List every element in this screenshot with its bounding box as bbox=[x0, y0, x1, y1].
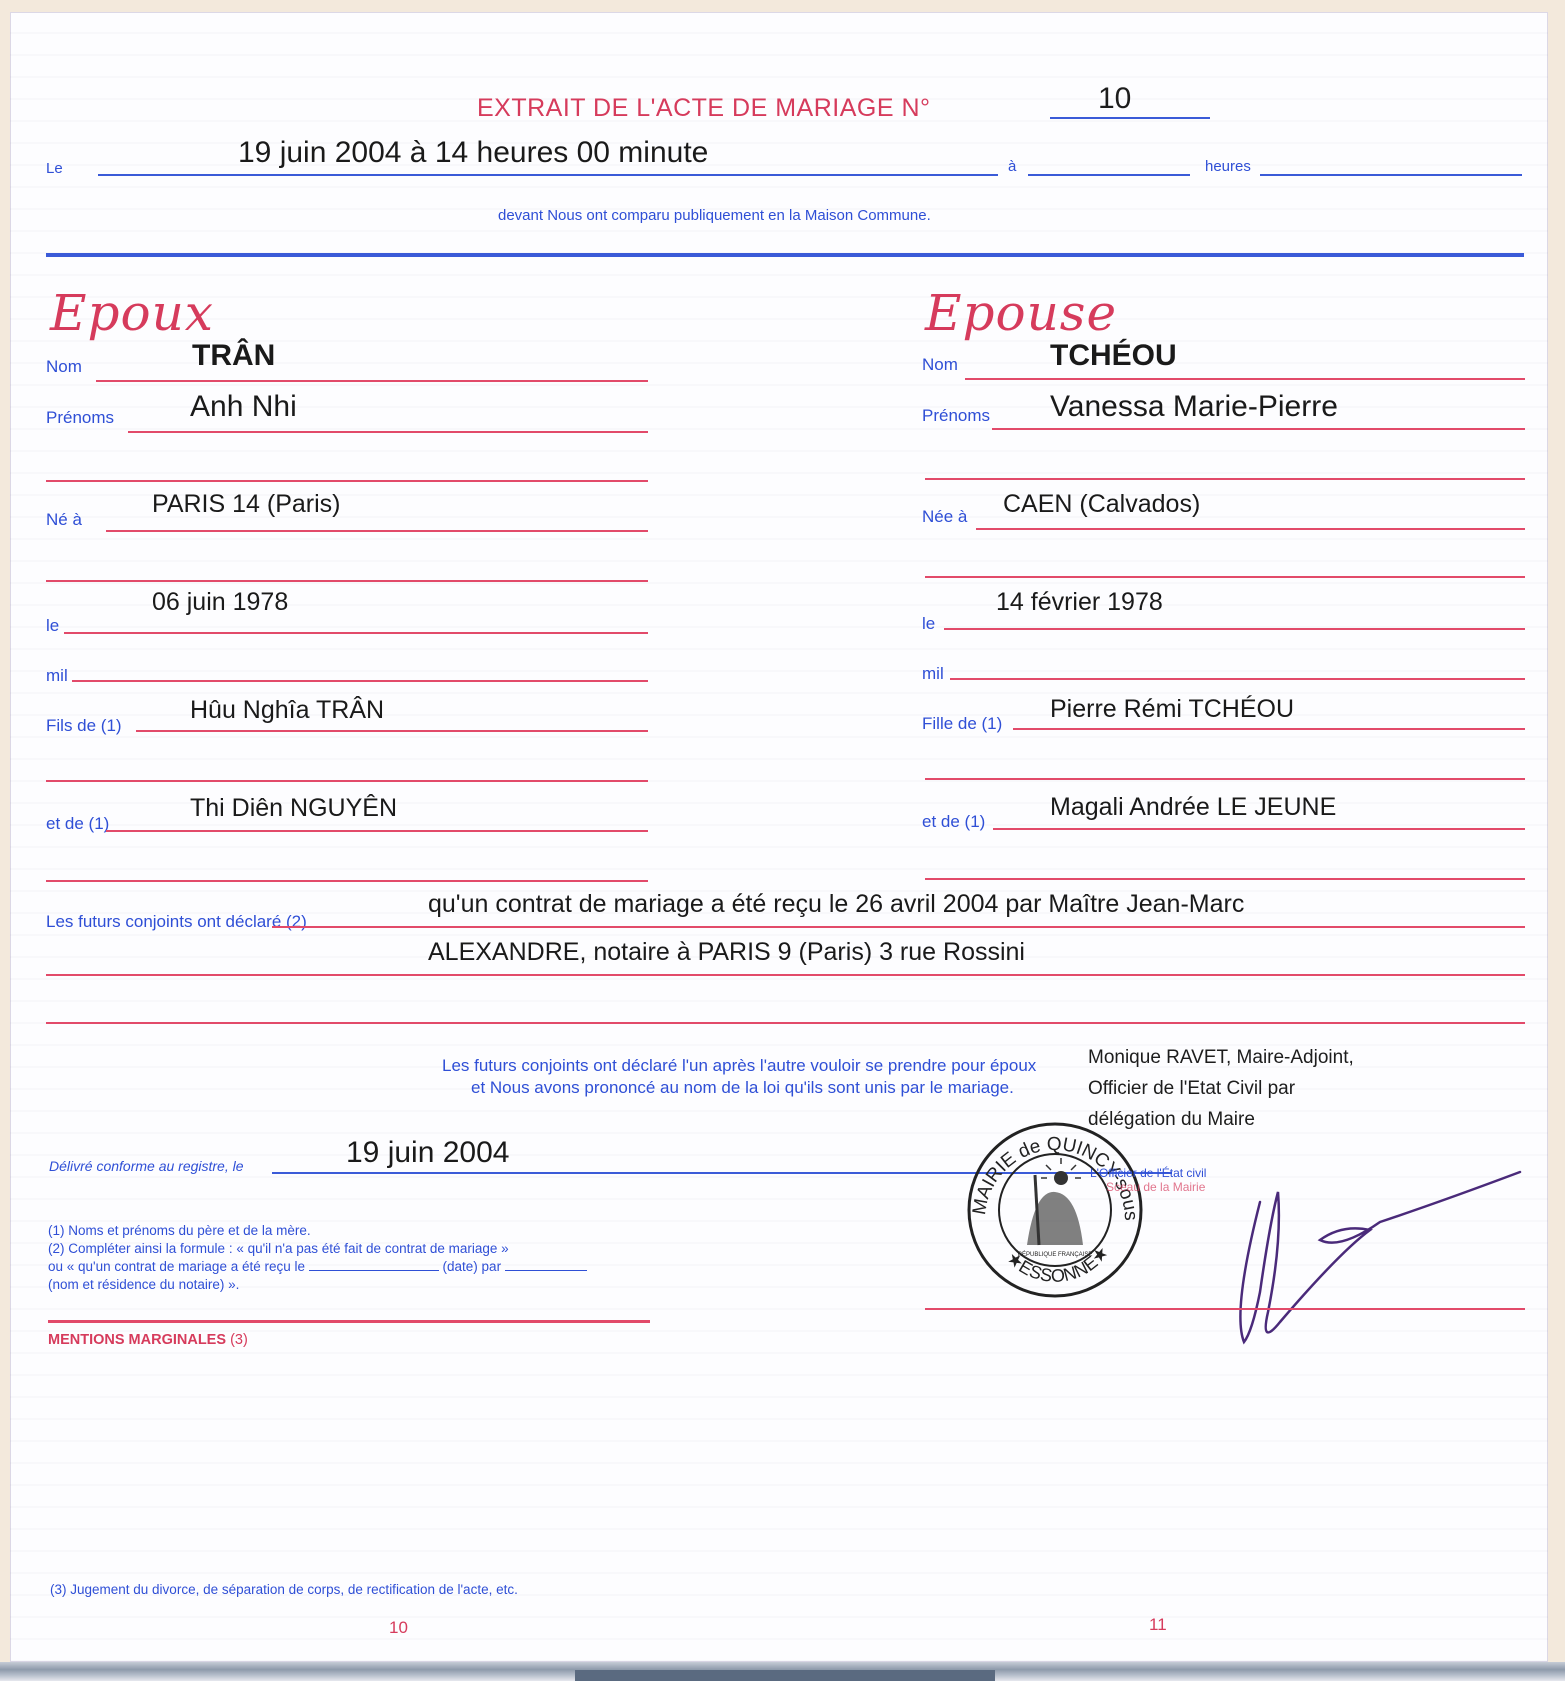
epouse-mil-label: mil bbox=[922, 664, 944, 684]
epouse-nom-line bbox=[965, 378, 1525, 380]
officer-line-3: délégation du Maire bbox=[1088, 1104, 1354, 1135]
devant-text: devant Nous ont comparu publiquement en … bbox=[498, 207, 931, 224]
act-number-line bbox=[1050, 117, 1210, 119]
epouse-heading: Epouse bbox=[925, 284, 1117, 342]
footnotes: (1) Noms et prénoms du père et de la mèr… bbox=[48, 1222, 587, 1294]
contract-line-rule-3 bbox=[46, 1022, 1525, 1024]
mentions-label: MENTIONS MARGINALES bbox=[48, 1332, 226, 1348]
contract-line-2[interactable]: ALEXANDRE, notaire à PARIS 9 (Paris) 3 r… bbox=[428, 938, 1025, 967]
epouse-le-label: le bbox=[922, 614, 935, 634]
mentions-marginales: MENTIONS MARGINALES (3) bbox=[48, 1332, 248, 1348]
footnote-2c: (nom et résidence du notaire) ». bbox=[48, 1276, 587, 1294]
epouse-fille-de-label: Fille de (1) bbox=[922, 714, 1002, 734]
epoux-fils-de-line-2 bbox=[46, 780, 648, 782]
declaration-line-2: et Nous avons prononcé au nom de la loi … bbox=[471, 1078, 1014, 1098]
booklet-binding bbox=[0, 1662, 1565, 1681]
mairie-seal-stamp-icon: MAIRIE de QUINCY-sous-SENART ★ESSONNE★ R… bbox=[965, 1120, 1145, 1300]
contract-label: Les futurs conjoints ont déclaré (2) bbox=[46, 912, 307, 932]
page-number-left: 10 bbox=[389, 1618, 408, 1638]
signature-line bbox=[925, 1308, 1525, 1310]
svg-text:RÉPUBLIQUE FRANÇAISE: RÉPUBLIQUE FRANÇAISE bbox=[1018, 1251, 1093, 1258]
epouse-le-value[interactable]: 14 février 1978 bbox=[996, 588, 1163, 617]
svg-text:★ESSONNE★: ★ESSONNE★ bbox=[1003, 1242, 1113, 1286]
epoux-prenoms-line-2 bbox=[46, 480, 648, 482]
epoux-heading: Epoux bbox=[50, 284, 214, 342]
contract-line-rule-1 bbox=[272, 926, 1525, 928]
act-number: 10 bbox=[1098, 82, 1131, 116]
a-label: à bbox=[1008, 158, 1016, 175]
epouse-nee-a-line-2 bbox=[925, 576, 1525, 578]
epouse-prenoms-label: Prénoms bbox=[922, 406, 990, 426]
epouse-prenoms-line-2 bbox=[925, 478, 1525, 480]
officer-line-1: Monique RAVET, Maire-Adjoint, bbox=[1088, 1042, 1354, 1073]
epoux-et-de-value[interactable]: Thi Diên NGUYÊN bbox=[190, 794, 397, 823]
footnote-2b-pre: ou « qu'un contrat de mariage a été reçu… bbox=[48, 1259, 305, 1274]
epoux-ne-a-line bbox=[106, 530, 648, 532]
epouse-prenoms-line bbox=[992, 428, 1525, 430]
epoux-fils-de-label: Fils de (1) bbox=[46, 716, 122, 736]
epouse-et-de-label: et de (1) bbox=[922, 812, 985, 832]
footnote-2a: (2) Compléter ainsi la formule : « qu'il… bbox=[48, 1240, 587, 1258]
epouse-et-de-line-2 bbox=[925, 878, 1525, 880]
epoux-nom-value[interactable]: TRÂN bbox=[192, 339, 275, 373]
footnote-2b-mid: (date) par bbox=[443, 1259, 502, 1274]
officer-printed-label: L'Officier de l'État civil bbox=[1090, 1166, 1206, 1180]
date-line bbox=[98, 174, 998, 176]
contract-line-rule-2 bbox=[46, 974, 1525, 976]
heures-label: heures bbox=[1205, 158, 1251, 175]
mentions-ref: (3) bbox=[230, 1332, 248, 1348]
epouse-fille-de-value[interactable]: Pierre Rémi TCHÉOU bbox=[1050, 695, 1294, 724]
epouse-nom-label: Nom bbox=[922, 355, 958, 375]
epoux-le-value[interactable]: 06 juin 1978 bbox=[152, 588, 288, 617]
epouse-prenoms-value[interactable]: Vanessa Marie-Pierre bbox=[1050, 390, 1338, 424]
epouse-mil-line bbox=[950, 678, 1525, 680]
page-number-right: 11 bbox=[1149, 1615, 1167, 1635]
epoux-prenoms-value[interactable]: Anh Nhi bbox=[190, 390, 297, 424]
epoux-et-de-label: et de (1) bbox=[46, 814, 109, 834]
epouse-fille-de-line bbox=[1013, 728, 1525, 730]
epoux-le-line bbox=[64, 632, 648, 634]
heures-line bbox=[1260, 174, 1522, 176]
epouse-nee-a-line bbox=[976, 528, 1525, 530]
epouse-et-de-value[interactable]: Magali Andrée LE JEUNE bbox=[1050, 793, 1336, 822]
footnote-2b: ou « qu'un contrat de mariage a été reçu… bbox=[48, 1258, 587, 1276]
epoux-ne-a-line-2 bbox=[46, 580, 648, 582]
epouse-le-line bbox=[944, 628, 1525, 630]
certificate-page: EXTRAIT DE L'ACTE DE MARIAGE N° 10 Le 19… bbox=[10, 12, 1548, 1662]
epoux-et-de-line-2 bbox=[46, 880, 648, 882]
declaration-line-1: Les futurs conjoints ont déclaré l'un ap… bbox=[442, 1056, 1036, 1076]
officer-printed-sub: Sceau de la Mairie bbox=[1106, 1180, 1205, 1194]
delivery-label: Délivré conforme au registre, le bbox=[49, 1158, 244, 1174]
epouse-nom-value[interactable]: TCHÉOU bbox=[1050, 339, 1177, 373]
epoux-mil-line bbox=[72, 680, 648, 682]
epoux-ne-a-value[interactable]: PARIS 14 (Paris) bbox=[152, 490, 340, 519]
footnote-1: (1) Noms et prénoms du père et de la mèr… bbox=[48, 1222, 587, 1240]
epouse-et-de-line bbox=[993, 828, 1525, 830]
epouse-nee-a-value[interactable]: CAEN (Calvados) bbox=[1003, 490, 1200, 519]
a-line bbox=[1028, 174, 1190, 176]
contract-line-1[interactable]: qu'un contrat de mariage a été reçu le 2… bbox=[428, 890, 1244, 919]
officer-line-2: Officier de l'Etat Civil par bbox=[1088, 1073, 1354, 1104]
footnote-3: (3) Jugement du divorce, de séparation d… bbox=[50, 1582, 518, 1597]
document-title: EXTRAIT DE L'ACTE DE MARIAGE N° bbox=[477, 94, 931, 123]
epoux-nom-label: Nom bbox=[46, 357, 82, 377]
epoux-et-de-line bbox=[106, 830, 648, 832]
header-divider bbox=[46, 253, 1524, 257]
epoux-prenoms-line bbox=[128, 431, 648, 433]
epoux-prenoms-label: Prénoms bbox=[46, 408, 114, 428]
delivery-date-value[interactable]: 19 juin 2004 bbox=[346, 1136, 509, 1170]
epoux-fils-de-line bbox=[136, 730, 648, 732]
mentions-divider bbox=[48, 1320, 650, 1323]
epoux-mil-label: mil bbox=[46, 666, 68, 686]
epouse-fille-de-line-2 bbox=[925, 778, 1525, 780]
epoux-nom-line bbox=[96, 380, 648, 382]
le-label: Le bbox=[46, 160, 63, 177]
officer-signature-block: Monique RAVET, Maire-Adjoint, Officier d… bbox=[1088, 1042, 1354, 1135]
epouse-nee-a-label: Née à bbox=[922, 507, 967, 527]
epoux-ne-a-label: Né à bbox=[46, 510, 82, 530]
handwritten-signature-icon bbox=[1230, 1162, 1530, 1362]
epoux-le-label: le bbox=[46, 616, 59, 636]
epoux-fils-de-value[interactable]: Hûu Nghîa TRÂN bbox=[190, 696, 384, 725]
date-time-value[interactable]: 19 juin 2004 à 14 heures 00 minute bbox=[238, 136, 708, 170]
